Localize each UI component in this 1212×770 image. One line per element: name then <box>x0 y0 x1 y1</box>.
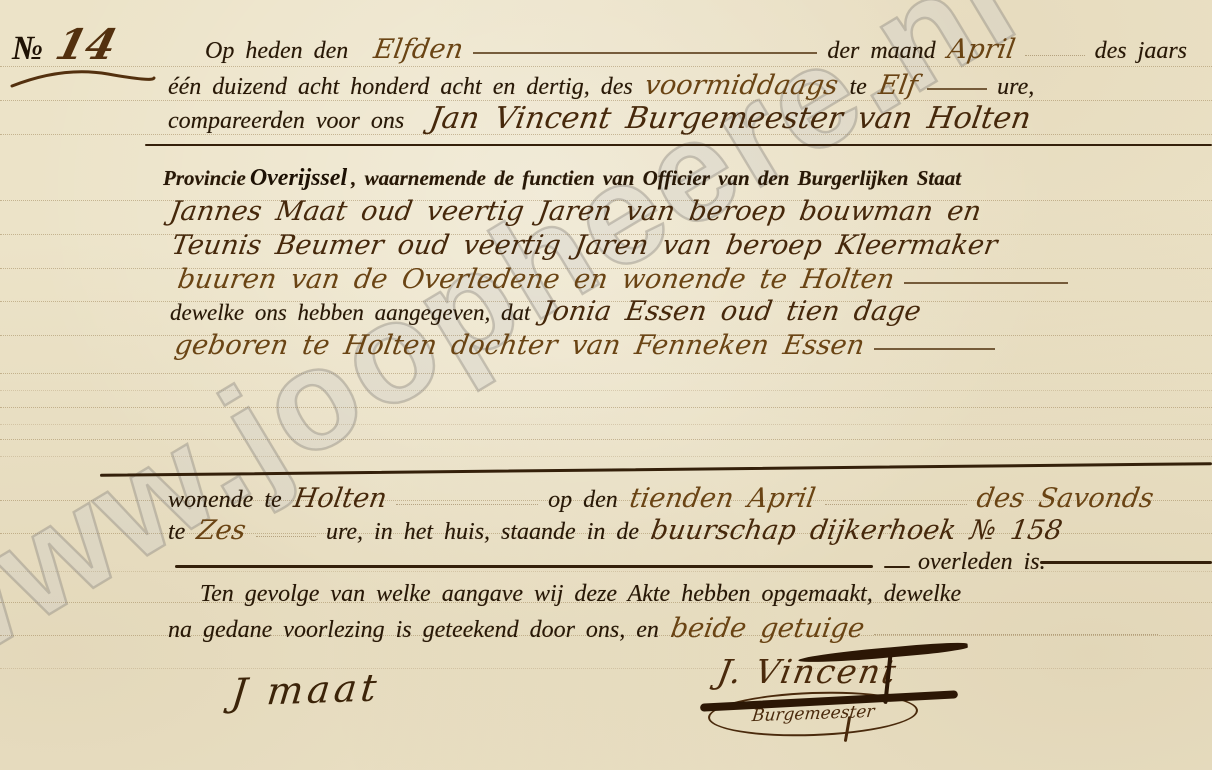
fill-line <box>396 504 538 505</box>
handwritten-official: Jan Vincent Burgemeester van Holten <box>427 101 1033 136</box>
fill-line <box>874 348 995 350</box>
line-death-place: te Zes ure, in het huis, staande in de b… <box>168 515 1138 546</box>
line-deceased-statement: overleden is. <box>918 549 1046 576</box>
fill-line <box>1025 55 1085 56</box>
ruled-line <box>0 668 1212 669</box>
handwritten-day: Elfden <box>372 34 466 65</box>
fill-line <box>825 504 967 505</box>
separator-rule <box>175 565 873 568</box>
handwritten-hour: Elf <box>876 70 919 101</box>
handwritten-relation: buuren van de Overledene en wonende te H… <box>176 264 897 295</box>
printed-text: des jaars <box>1095 38 1187 65</box>
handwritten-death-date: tienden April <box>627 483 817 514</box>
line-witness-2: Teunis Beumer oud veertig Jaren van bero… <box>172 230 1192 261</box>
printed-text: der maand <box>827 38 935 65</box>
separator-dash <box>884 566 910 568</box>
handwritten-residence: Holten <box>291 483 389 514</box>
line-witness-1: Jannes Maat oud veertig Jaren van beroep… <box>170 196 1170 227</box>
handwritten-witness2: Teunis Beumer oud veertig Jaren van bero… <box>170 230 1000 261</box>
signature-witness: J maat <box>229 665 382 714</box>
printed-text: te <box>168 519 185 546</box>
ruled-line <box>0 424 1212 425</box>
printed-text: , waarnemende de functien van Officier v… <box>351 166 961 191</box>
ruled-line <box>0 66 1212 67</box>
fill-line <box>473 52 817 54</box>
printed-text: één duizend acht honderd acht en dertig,… <box>168 74 633 101</box>
handwritten-daypart: voormiddaags <box>642 70 840 101</box>
handwritten-address: buurschap dijkerhoek № 158 <box>649 515 1065 546</box>
death-certificate-scan: www.joopheere.nl № 14 Op heden den Elfde… <box>0 0 1212 770</box>
handwritten-parents: geboren te Holten dochter van Fenneken E… <box>173 330 867 361</box>
separator-rule <box>145 144 1212 146</box>
line-date-opening: Op heden den Elfden der maand April des … <box>205 34 1187 65</box>
ruled-line <box>0 456 1212 457</box>
printed-text: Ten gevolge van welke aangave wij deze A… <box>200 581 961 608</box>
line-province-header: Provincie Overijssel , waarnemende de fu… <box>163 165 1208 192</box>
line-official-name: compareerden voor ons Jan Vincent Burgem… <box>168 101 1178 136</box>
line-year-time: één duizend acht honderd acht en dertig,… <box>168 70 1168 101</box>
line-closing-1: Ten gevolge van welke aangave wij deze A… <box>200 581 1175 608</box>
handwritten-hour-death: Zes <box>195 515 249 546</box>
printed-text: Provincie <box>163 166 246 191</box>
handwritten-month: April <box>945 34 1017 65</box>
printed-text: ure, in het huis, staande in de <box>326 519 639 546</box>
ruled-line <box>0 373 1212 374</box>
printed-text: overleden is. <box>918 549 1046 576</box>
printed-text: op den <box>548 487 618 514</box>
handwritten-signers: beide getuige <box>668 613 866 644</box>
fill-line <box>927 88 987 90</box>
ruled-line <box>0 407 1212 408</box>
line-witness-relation: buuren van de Overledene en wonende te H… <box>178 264 1078 295</box>
printed-text: te <box>850 74 867 101</box>
printed-text: wonende te <box>168 487 282 514</box>
line-born-parents: geboren te Holten dochter van Fenneken E… <box>175 330 1005 361</box>
line-declaration: dewelke ons hebben aangegeven, dat Jonia… <box>170 296 1140 327</box>
fill-line <box>256 536 316 537</box>
printed-text: na gedane voorlezing is geteekend door o… <box>168 617 659 644</box>
fill-line <box>874 634 1158 635</box>
line-death-date: wonende te Holten op den tienden April d… <box>168 483 1153 514</box>
province-name: Overijssel <box>250 165 347 192</box>
flourish-swash <box>8 62 158 92</box>
separator-rule <box>100 462 1212 477</box>
printed-text: Op heden den <box>205 38 348 65</box>
handwritten-daypart-death: des Savonds <box>974 483 1155 514</box>
handwritten-witness1: Jannes Maat oud veertig Jaren van beroep… <box>168 196 984 227</box>
ruled-line <box>0 439 1212 440</box>
line-closing-2: na gedane voorlezing is geteekend door o… <box>168 613 1168 644</box>
fill-line <box>904 282 1068 284</box>
ruled-line <box>0 390 1212 391</box>
printed-text: compareerden voor ons <box>168 108 404 135</box>
printed-text: ure, <box>997 74 1034 101</box>
handwritten-deceased: Jonia Essen oud tien dage <box>540 296 924 327</box>
separator-rule <box>1040 561 1212 564</box>
printed-text: dewelke ons hebben aangegeven, dat <box>170 300 530 326</box>
